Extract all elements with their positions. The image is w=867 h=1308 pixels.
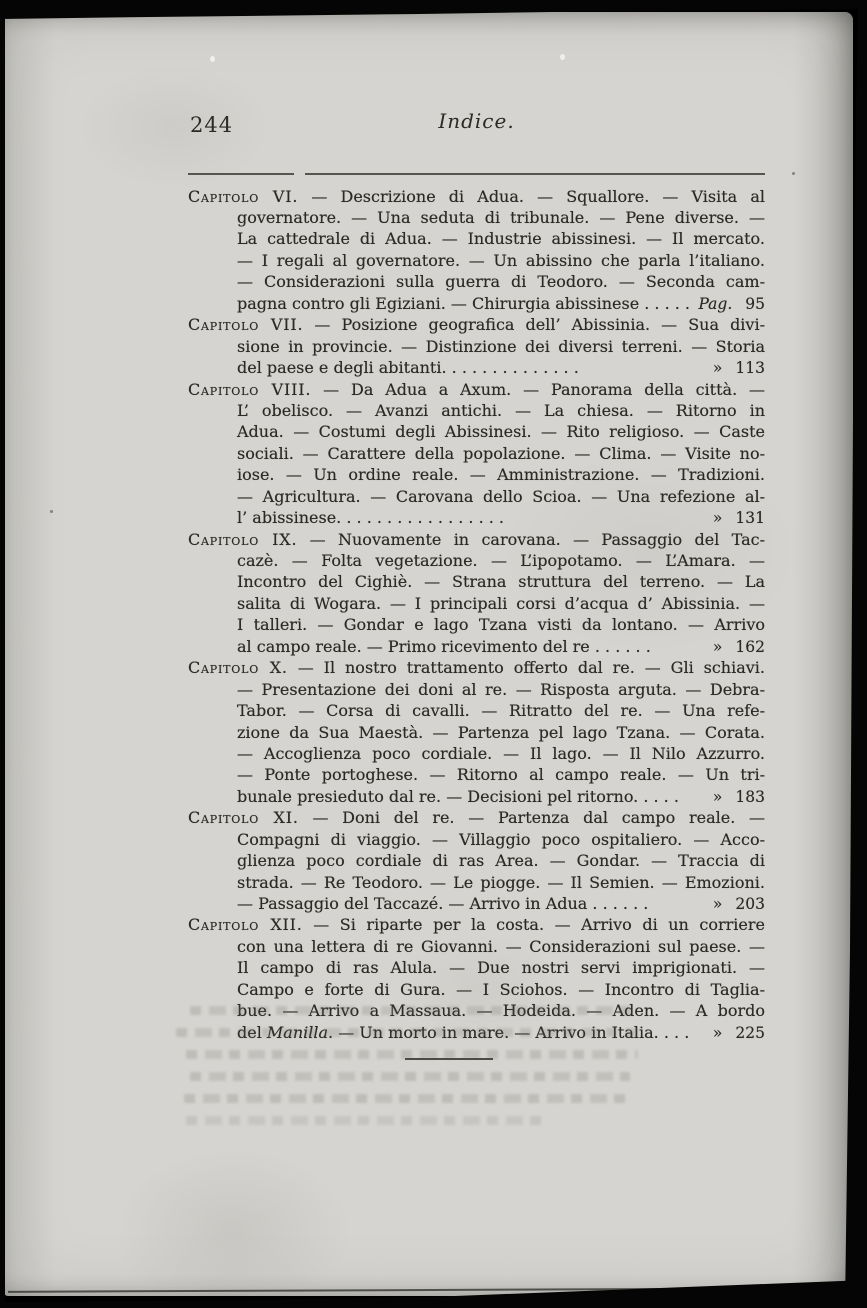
page-ref-prefix: » [713, 637, 722, 658]
page-paper: 244 Indice. Capitolo VI. — Descrizione d… [4, 12, 853, 1296]
page-ref-prefix: » [713, 508, 722, 529]
toc-line: Capitolo X. — Il nostro trattamento offe… [188, 657, 765, 678]
toc-line: L’ obelisco. — Avanzi antichi. — La chie… [188, 400, 765, 421]
page-reference: »203 [705, 894, 765, 915]
toc-line: Capitolo VIII. — Da Adua a Axum. — Panor… [188, 379, 765, 400]
toc-text: al campo reale. — Primo ricevimento del … [237, 636, 651, 657]
toc-line: Compagni di viaggio. — Villaggio poco os… [188, 829, 765, 850]
toc-text: bunale presieduto dal re. — Decisioni pe… [237, 786, 679, 807]
table-of-contents: Capitolo VI. — Descrizione di Adua. — Sq… [188, 186, 765, 1044]
section-end-rule [405, 1058, 493, 1060]
toc-line: — Agricultura. — Carovana dello Scioa. —… [188, 486, 765, 507]
toc-entry-capitolo-xii: Capitolo XII. — Si riparte per la costa.… [188, 914, 765, 1043]
toc-text: l’ abissinese. . . . . . . . . . . . . .… [237, 507, 504, 528]
toc-line: Capitolo VII. — Posizione geografica del… [188, 314, 765, 335]
header-rule [188, 173, 765, 175]
show-through-line [190, 1006, 638, 1015]
toc-entry-capitolo-vii: Capitolo VII. — Posizione geografica del… [188, 314, 765, 378]
toc-line: Il campo di ras Alula. — Due nostri serv… [188, 957, 765, 978]
toc-line-with-ref: del paese e degli abitanti. . . . . . . … [188, 357, 765, 378]
page-ref-prefix: » [713, 1023, 722, 1044]
page-header: 244 Indice. [188, 103, 765, 138]
show-through-line [186, 1116, 546, 1125]
toc-line: Adua. — Costumi degli Abissinesi. — Rito… [188, 421, 765, 442]
toc-text: — Il nostro trattamento offerto dal re. … [288, 658, 765, 677]
toc-line-with-ref: bunale presieduto dal re. — Decisioni pe… [188, 786, 765, 807]
toc-line: — Considerazioni sulla guerra di Teodoro… [188, 271, 765, 292]
page-reference: »225 [705, 1023, 765, 1044]
toc-line: La cattedrale di Adua. — Industrie abiss… [188, 228, 765, 249]
chapter-label: Capitolo VI. [188, 187, 298, 206]
chapter-label: Capitolo VII. [188, 315, 303, 334]
show-through-line [190, 1072, 630, 1081]
page-ref-number: 95 [745, 294, 765, 315]
chapter-label: Capitolo XI. [188, 808, 299, 827]
toc-line: con una lettera di re Giovanni. — Consid… [188, 936, 765, 957]
toc-line: governatore. — Una seduta di tribunale. … [188, 207, 765, 228]
toc-line: zione da Sua Maestà. — Partenza pel lago… [188, 722, 765, 743]
page-reference: »113 [705, 358, 765, 379]
page-ref-prefix: » [713, 894, 722, 915]
toc-line: Campo e forte di Gura. — I Sciohos. — In… [188, 979, 765, 1000]
scan-border-left [0, 0, 5, 1308]
toc-text: — Posizione geografica dell’ Abissinia. … [303, 315, 765, 334]
page-ref-number: 131 [735, 508, 765, 529]
page-ref-prefix: » [713, 787, 722, 808]
toc-text: del paese e degli abitanti. . . . . . . … [237, 357, 579, 378]
toc-line-with-ref: l’ abissinese. . . . . . . . . . . . . .… [188, 507, 765, 528]
chapter-label: Capitolo X. [188, 658, 288, 677]
toc-line: Incontro del Cighiè. — Strana struttura … [188, 571, 765, 592]
toc-line: Tabor. — Corsa di cavalli. — Ritratto de… [188, 700, 765, 721]
toc-text: — Doni del re. — Partenza dal campo real… [299, 808, 765, 827]
page-ref-number: 162 [735, 637, 765, 658]
paper-speck [792, 172, 795, 175]
page-content: 244 Indice. Capitolo VI. — Descrizione d… [188, 103, 765, 1043]
toc-line: glienza poco cordiale di ras Area. — Gon… [188, 850, 765, 871]
running-title: Indice. [188, 109, 765, 133]
toc-entry-capitolo-vi: Capitolo VI. — Descrizione di Adua. — Sq… [188, 186, 765, 315]
toc-line: iose. — Un ordine reale. — Amministrazio… [188, 464, 765, 485]
toc-text: — Passaggio del Taccazé. — Arrivo in Adu… [237, 893, 648, 914]
page-reference: »162 [705, 637, 765, 658]
paper-speck [560, 54, 565, 60]
toc-text: pagna contro gli Egiziani. — Chirurgia a… [237, 293, 690, 314]
page-reference: »131 [705, 508, 765, 529]
toc-text: — Da Adua a Axum. — Panorama della città… [311, 380, 765, 399]
show-through-line [184, 1094, 630, 1103]
toc-line-with-ref: al campo reale. — Primo ricevimento del … [188, 636, 765, 657]
toc-line: Capitolo XI. — Doni del re. — Partenza d… [188, 807, 765, 828]
toc-text: — Si riparte per la costa. — Arrivo di u… [303, 915, 765, 934]
page-ref-number: 183 [735, 787, 765, 808]
paper-speck [50, 510, 53, 513]
toc-line-with-ref: — Passaggio del Taccazé. — Arrivo in Adu… [188, 893, 765, 914]
toc-line: — Ponte portoghese. — Ritorno al campo r… [188, 764, 765, 785]
toc-text: — Nuovamente in carovana. — Passaggio de… [297, 530, 765, 549]
toc-line: — I regali al governatore. — Un abissino… [188, 250, 765, 271]
toc-entry-capitolo-ix: Capitolo IX. — Nuovamente in carovana. —… [188, 529, 765, 658]
toc-text: — Descrizione di Adua. — Squallore. — Vi… [298, 187, 765, 206]
toc-line: strada. — Re Teodoro. — Le piogge. — Il … [188, 872, 765, 893]
scanned-book-page: 244 Indice. Capitolo VI. — Descrizione d… [0, 0, 867, 1308]
toc-line: I talleri. — Gondar e lago Tzana visti d… [188, 614, 765, 635]
toc-entry-capitolo-viii: Capitolo VIII. — Da Adua a Axum. — Panor… [188, 379, 765, 529]
toc-line-with-ref: pagna contro gli Egiziani. — Chirurgia a… [188, 293, 765, 314]
toc-line: Capitolo XII. — Si riparte per la costa.… [188, 914, 765, 935]
show-through-line [176, 1028, 638, 1037]
toc-line: sociali. — Carattere della popolazione. … [188, 443, 765, 464]
page-reference: »183 [705, 787, 765, 808]
toc-line: Capitolo VI. — Descrizione di Adua. — Sq… [188, 186, 765, 207]
chapter-label: Capitolo VIII. [188, 380, 311, 399]
chapter-label: Capitolo XII. [188, 915, 303, 934]
page-ref-number: 203 [735, 894, 765, 915]
toc-line: — Accoglienza poco cordiale. — Il lago. … [188, 743, 765, 764]
chapter-label: Capitolo IX. [188, 530, 297, 549]
toc-line: cazè. — Folta vegetazione. — L’ipopotamo… [188, 550, 765, 571]
toc-entry-capitolo-xi: Capitolo XI. — Doni del re. — Partenza d… [188, 807, 765, 914]
toc-line: — Presentazione dei doni al re. — Rispos… [188, 679, 765, 700]
toc-line: sione in provincie. — Distinzione dei di… [188, 336, 765, 357]
toc-line: salita di Wogara. — I principali corsi d… [188, 593, 765, 614]
toc-line: Capitolo IX. — Nuovamente in carovana. —… [188, 529, 765, 550]
toc-entry-capitolo-x: Capitolo X. — Il nostro trattamento offe… [188, 657, 765, 807]
page-ref-prefix: » [713, 358, 722, 379]
page-ref-number: 225 [735, 1023, 765, 1044]
page-ref-prefix: Pag. [698, 294, 732, 315]
page-reference: Pag.95 [690, 294, 765, 315]
paper-speck [210, 56, 215, 62]
page-ref-number: 113 [735, 358, 765, 379]
